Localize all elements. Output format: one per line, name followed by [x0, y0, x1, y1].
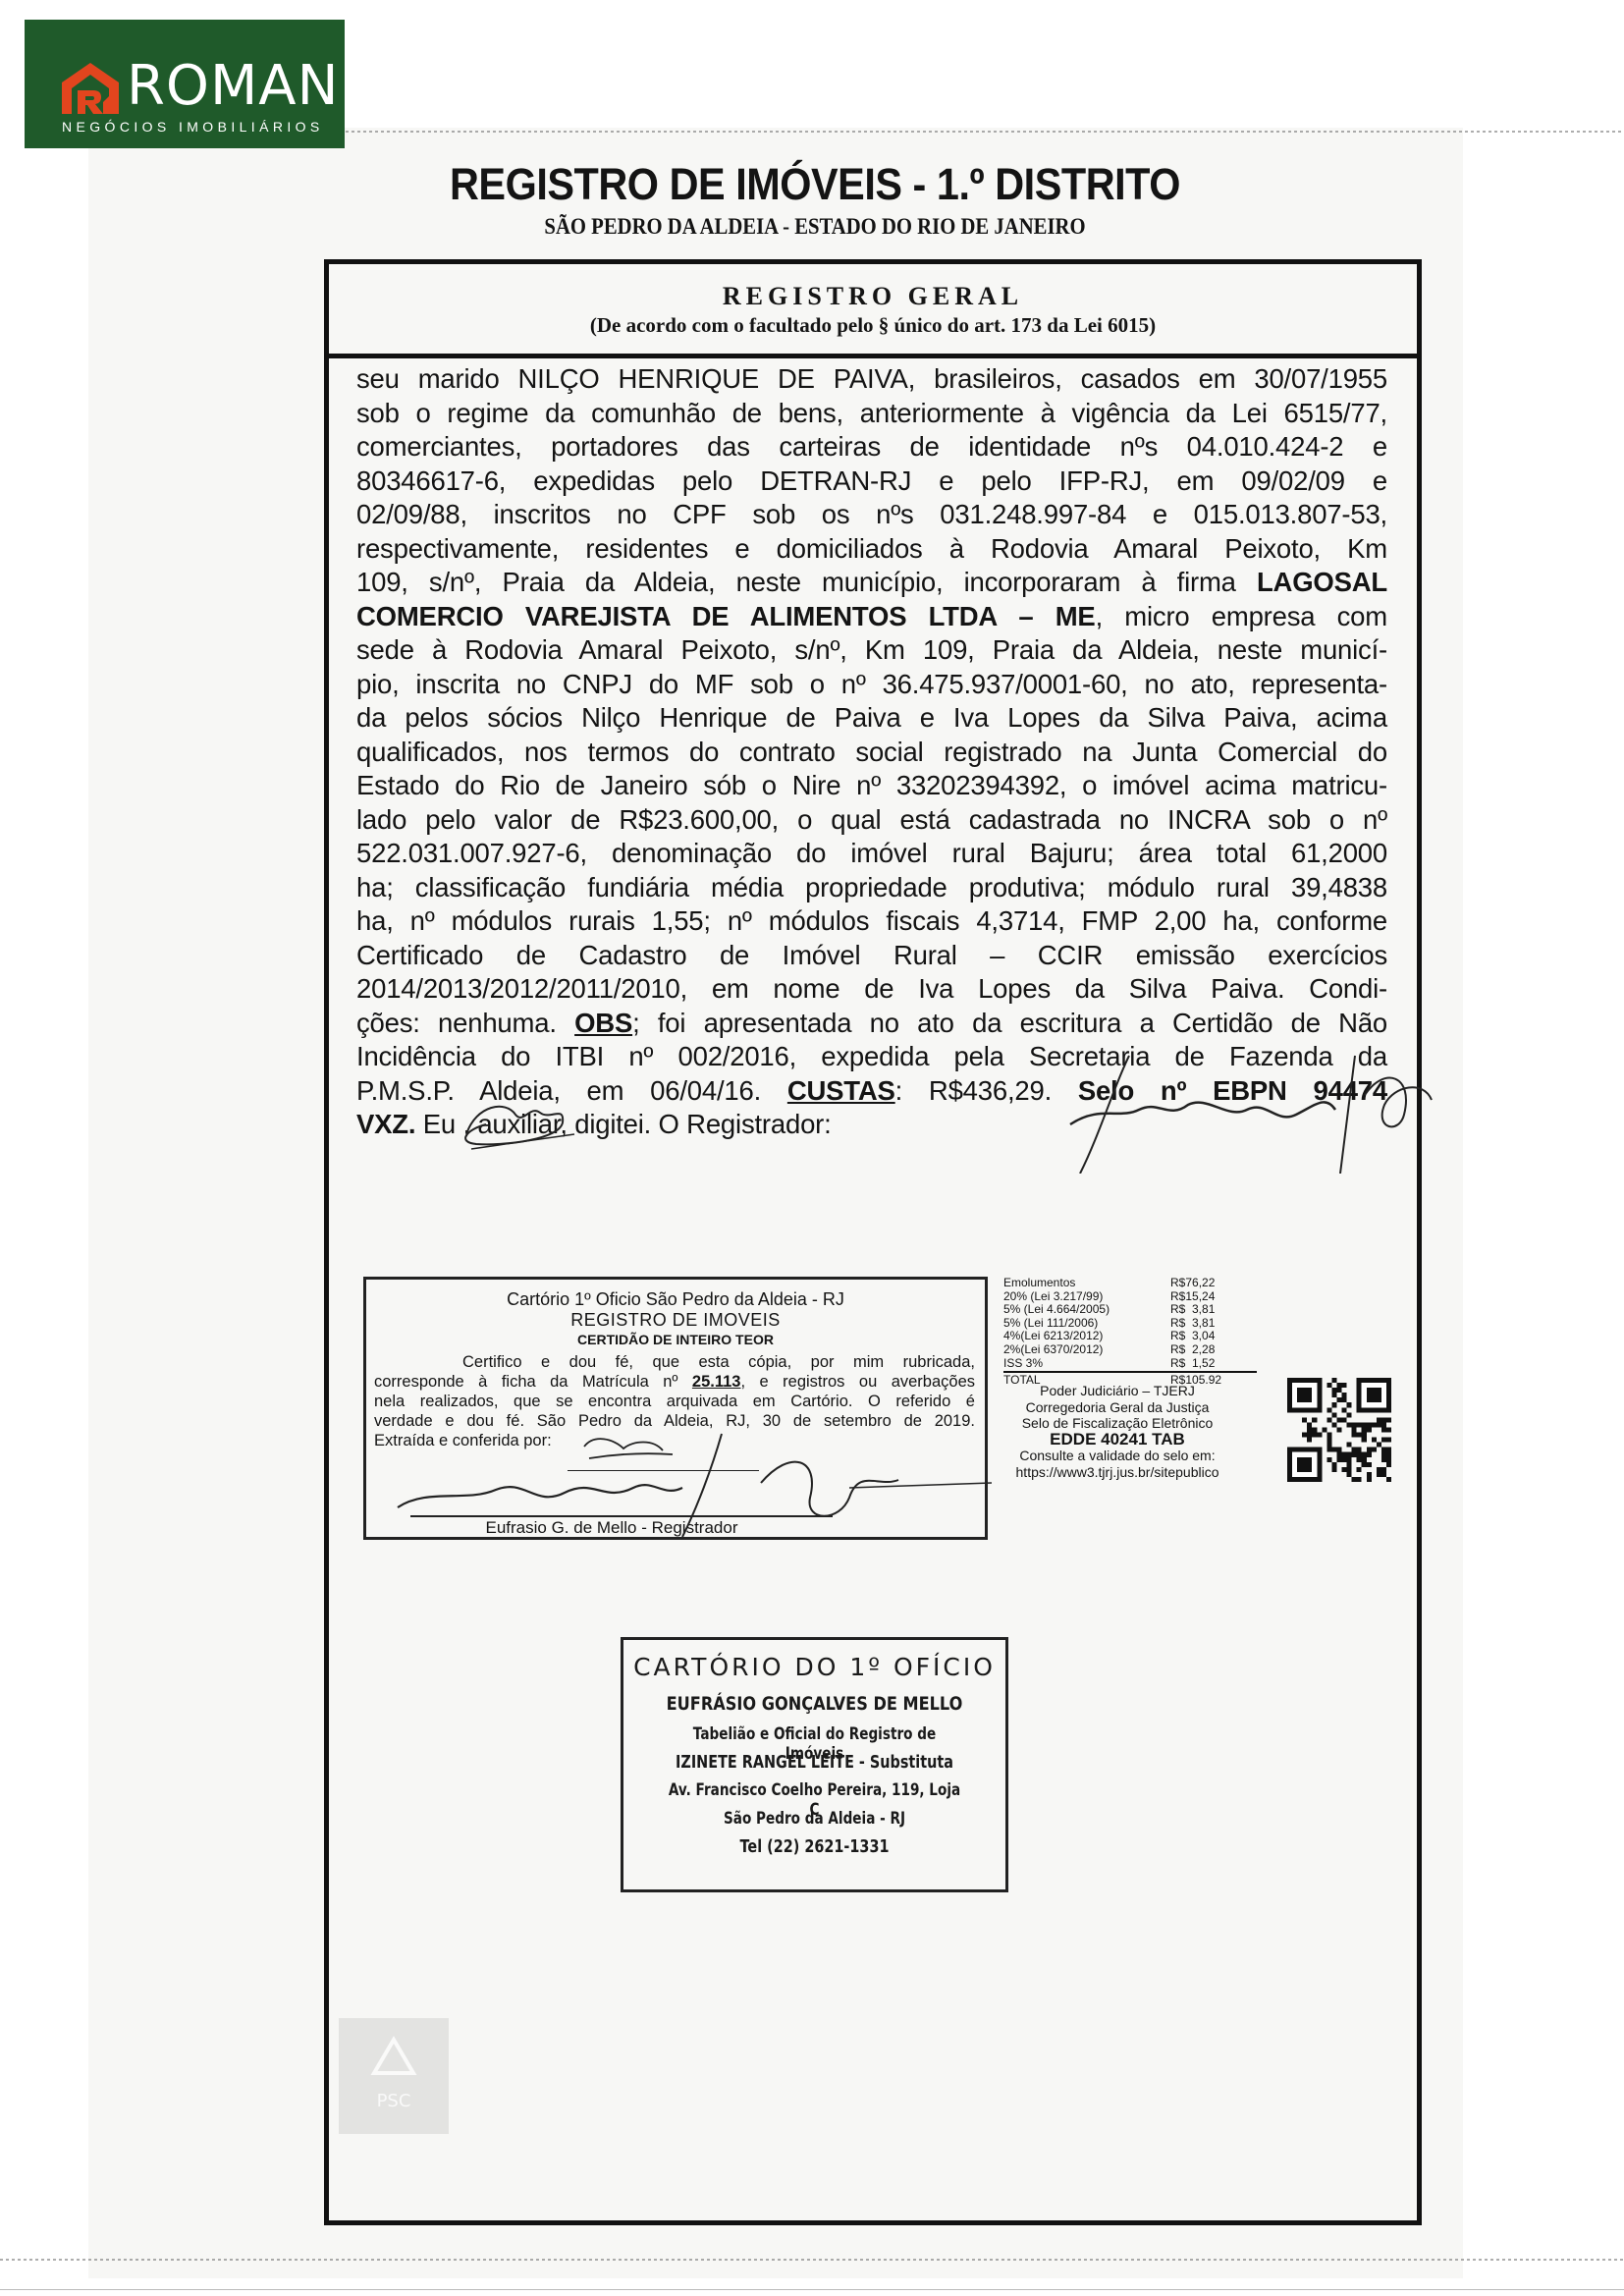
body-text-segment: comerciantes, portadores das carteiras d…: [356, 431, 1387, 462]
body-text-segment: Certificado de Cadastro de Imóvel Rural …: [356, 940, 1387, 970]
document-subtitle: SÃO PEDRO DA ALDEIA - ESTADO DO RIO DE J…: [373, 214, 1257, 240]
body-line: sob o regime da comunhão de bens, anteri…: [356, 397, 1387, 431]
body-text-segment: Incidência do ITBI nº 002/2016, expedida…: [356, 1041, 1387, 1071]
body-text-segment: ções: nenhuma.: [356, 1008, 574, 1038]
body-text-segment: 109, s/nº, Praia da Aldeia, neste municí…: [356, 567, 1257, 597]
certificate-type: CERTIDÃO DE INTEIRO TEOR: [366, 1332, 985, 1347]
body-text-segment: ha; classificação fundiária média propri…: [356, 872, 1387, 902]
fees-table: EmolumentosR$76,2220% (Lei 3.217/99)R$15…: [1003, 1277, 1239, 1388]
fee-row: 20% (Lei 3.217/99)R$15,24: [1003, 1290, 1239, 1304]
fee-label: 5% (Lei 4.664/2005): [1003, 1303, 1170, 1317]
body-line: sede à Rodovia Amaral Peixoto, s/nº, Km …: [356, 633, 1387, 668]
body-text-segment: Estado do Rio de Janeiro sób o Nire nº 3…: [356, 770, 1387, 800]
body-line: 109, s/nº, Praia da Aldeia, neste municí…: [356, 566, 1387, 600]
body-line: ha, nº módulos rurais 1,55; nº módulos f…: [356, 904, 1387, 939]
fee-row: 5% (Lei 4.664/2005)R$ 3,81: [1003, 1303, 1239, 1317]
fee-row: ISS 3%R$ 1,52: [1003, 1357, 1239, 1371]
body-text-segment: pio, inscrita no CNPJ do MF sob o nº 36.…: [356, 669, 1387, 699]
certificate-body-line: corresponde à ficha da Matrícula nº 25.1…: [374, 1372, 975, 1392]
certificate-body-line: nela realizados, que se encontra arquiva…: [374, 1392, 975, 1411]
body-line: ha; classificação fundiária média propri…: [356, 871, 1387, 905]
body-text-segment: , micro empresa com: [1096, 601, 1387, 631]
fee-label: 5% (Lei 111/2006): [1003, 1317, 1170, 1331]
body-line: 80346617-6, expedidas pelo DETRAN-RJ e p…: [356, 465, 1387, 499]
body-text-segment: , auxiliar, digitei. O Registrador:: [456, 1109, 832, 1139]
qr-code-icon[interactable]: [1286, 1378, 1392, 1482]
registrar-signature-line: [410, 1515, 833, 1517]
extraction-signature-line: [568, 1470, 759, 1471]
body-text-segment: qualificados, nos termos do contrato soc…: [356, 737, 1387, 767]
body-line: Estado do Rio de Janeiro sób o Nire nº 3…: [356, 769, 1387, 803]
body-line: respectivamente, residentes e domiciliad…: [356, 532, 1387, 567]
recycle-watermark: PSC: [339, 2018, 449, 2134]
brand-tagline: NEGÓCIOS IMOBILIÁRIOS: [62, 119, 324, 135]
body-line: qualificados, nos termos do contrato soc…: [356, 736, 1387, 770]
brand-name: ROMAN: [127, 57, 340, 116]
electronic-seal-info: Poder Judiciário – TJERJ Corregedoria Ge…: [990, 1383, 1245, 1480]
certificate-body-line: verdade e dou fé. São Pedro da Aldeia, R…: [374, 1411, 975, 1431]
scan-edge-line: [0, 2289, 1624, 2290]
certificate-body-line: Extraída e conferida por:: [374, 1431, 975, 1450]
register-heading: REGISTRO GERAL: [329, 282, 1417, 311]
body-line: P.M.S.P. Aldeia, em 06/04/16. CUSTAS: R$…: [356, 1074, 1387, 1109]
body-text-segment: sede à Rodovia Amaral Peixoto, s/nº, Km …: [356, 634, 1387, 665]
body-text-segment: VXZ.: [356, 1109, 415, 1139]
seal-validation-text: Consulte a validade do selo em:: [990, 1448, 1245, 1464]
body-text-segment: Eu: [415, 1109, 456, 1139]
seal-authority: Poder Judiciário – TJERJ: [990, 1383, 1245, 1399]
body-text-segment: LAGOSAL: [1257, 567, 1387, 597]
roman-logo: ROMAN NEGÓCIOS IMOBILIÁRIOS: [25, 20, 345, 148]
body-line: ções: nenhuma. OBS; foi apresentada no a…: [356, 1007, 1387, 1041]
body-text-segment: 02/09/88, inscritos no CPF sob os nºs 03…: [356, 499, 1387, 529]
body-text-segment: : R$436,29.: [895, 1075, 1078, 1106]
body-text-segment: COMERCIO VAREJISTA DE ALIMENTOS LTDA – M…: [356, 601, 1096, 631]
register-box-header: REGISTRO GERAL (De acordo com o facultad…: [329, 264, 1417, 358]
fee-value: R$ 3,81: [1170, 1317, 1239, 1331]
fee-label: ISS 3%: [1003, 1357, 1170, 1371]
body-line: 02/09/88, inscritos no CPF sob os nºs 03…: [356, 498, 1387, 532]
seal-department: Corregedoria Geral da Justiça: [990, 1399, 1245, 1416]
fee-row: 2%(Lei 6370/2012)R$ 2,28: [1003, 1343, 1239, 1357]
fee-value: R$ 3,81: [1170, 1303, 1239, 1317]
house-r-logo-icon: [60, 61, 121, 116]
fee-row: 5% (Lei 111/2006)R$ 3,81: [1003, 1317, 1239, 1331]
fee-value: R$15,24: [1170, 1290, 1239, 1304]
body-text-segment: respectivamente, residentes e domiciliad…: [356, 533, 1387, 564]
registrar-name: Eufrasio G. de Mello - Registrador: [366, 1518, 857, 1538]
certificate-body-line: Certifico e dou fé, que esta cópia, por …: [374, 1352, 975, 1372]
certificate-text: , e registros ou averbações: [740, 1373, 975, 1391]
body-line: 522.031.007.927-6, denominação do imóvel…: [356, 837, 1387, 871]
fee-value: R$ 2,28: [1170, 1343, 1239, 1357]
body-line: lado pelo valor de R$23.600,00, o qual e…: [356, 803, 1387, 838]
fee-row: 4%(Lei 6213/2012)R$ 3,04: [1003, 1330, 1239, 1343]
body-text-segment: 522.031.007.927-6, denominação do imóvel…: [356, 838, 1387, 868]
certificate-box: Cartório 1º Oficio São Pedro da Aldeia -…: [363, 1277, 988, 1540]
body-text-segment: ; foi apresentada no ato da escritura a …: [632, 1008, 1387, 1038]
stamp-city: São Pedro da Aldeia - RJ: [662, 1809, 967, 1829]
seal-validation-url[interactable]: https://www3.tjrj.jus.br/sitepublico: [990, 1464, 1245, 1481]
body-line: 2014/2013/2012/2011/2010, em nome de Iva…: [356, 972, 1387, 1007]
fee-label: 4%(Lei 6213/2012): [1003, 1330, 1170, 1343]
scan-dotted-line: [0, 2259, 1624, 2261]
fee-label: Emolumentos: [1003, 1277, 1170, 1290]
fee-value: R$ 3,04: [1170, 1330, 1239, 1343]
certificate-department: REGISTRO DE IMOVEIS: [366, 1310, 985, 1331]
seal-code: EDDE 40241 TAB: [990, 1432, 1245, 1449]
body-text-segment: 2014/2013/2012/2011/2010, em nome de Iva…: [356, 973, 1387, 1004]
scan-dotted-line: [346, 131, 1622, 133]
body-line: comerciantes, portadores das carteiras d…: [356, 430, 1387, 465]
certificate-office: Cartório 1º Oficio São Pedro da Aldeia -…: [366, 1289, 985, 1310]
fee-value: R$ 1,52: [1170, 1357, 1239, 1371]
stamp-notary-name: EUFRÁSIO GONÇALVES DE MELLO: [652, 1693, 977, 1715]
body-text-segment: sob o regime da comunhão de bens, anteri…: [356, 398, 1387, 428]
office-stamp: CARTÓRIO DO 1º OFÍCIO EUFRÁSIO GONÇALVES…: [621, 1637, 1008, 1892]
register-body-text: seu marido NILÇO HENRIQUE DE PAIVA, bras…: [356, 362, 1387, 1142]
body-line: da pelos sócios Nilço Henrique de Paiva …: [356, 701, 1387, 736]
body-text-segment: 80346617-6, expedidas pelo DETRAN-RJ e p…: [356, 465, 1387, 496]
body-text-segment: CUSTAS: [787, 1075, 895, 1106]
body-text-segment: ha, nº módulos rurais 1,55; nº módulos f…: [356, 905, 1387, 936]
body-line: Certificado de Cadastro de Imóvel Rural …: [356, 939, 1387, 973]
matricula-number: 25.113: [692, 1373, 741, 1391]
certificate-text: corresponde à ficha da Matrícula nº: [374, 1373, 692, 1391]
body-text-segment: OBS: [574, 1008, 632, 1038]
document-title: REGISTRO DE IMÓVEIS - 1.º DISTRITO: [363, 159, 1267, 210]
body-text-segment: da pelos sócios Nilço Henrique de Paiva …: [356, 702, 1387, 733]
fee-label: 20% (Lei 3.217/99): [1003, 1290, 1170, 1304]
stamp-phone: Tel (22) 2621-1331: [662, 1836, 967, 1857]
svg-text:PSC: PSC: [377, 2091, 411, 2111]
fee-row: EmolumentosR$76,22: [1003, 1277, 1239, 1290]
register-subheading: (De acordo com o facultado pelo § único …: [329, 313, 1417, 338]
recycle-icon: PSC: [339, 2018, 449, 2134]
body-text-segment: seu marido NILÇO HENRIQUE DE PAIVA, bras…: [356, 363, 1387, 394]
fee-value: R$76,22: [1170, 1277, 1239, 1290]
body-line: Incidência do ITBI nº 002/2016, expedida…: [356, 1040, 1387, 1074]
stamp-substitute: IZINETE RANGEL LEITE - Substituta: [662, 1752, 967, 1773]
body-line: COMERCIO VAREJISTA DE ALIMENTOS LTDA – M…: [356, 600, 1387, 634]
certificate-body: Certifico e dou fé, que esta cópia, por …: [374, 1352, 975, 1450]
fee-label: 2%(Lei 6370/2012): [1003, 1343, 1170, 1357]
body-line: pio, inscrita no CNPJ do MF sob o nº 36.…: [356, 668, 1387, 702]
body-text-segment: P.M.S.P. Aldeia, em 06/04/16.: [356, 1075, 787, 1106]
body-line: VXZ. Eu , auxiliar, digitei. O Registrad…: [356, 1108, 1387, 1142]
body-text-segment: Selo nº EBPN 94474: [1078, 1075, 1387, 1106]
body-text-segment: lado pelo valor de R$23.600,00, o qual e…: [356, 804, 1387, 835]
stamp-office: CARTÓRIO DO 1º OFÍCIO: [623, 1653, 1005, 1681]
body-line: seu marido NILÇO HENRIQUE DE PAIVA, bras…: [356, 362, 1387, 397]
register-box: REGISTRO GERAL (De acordo com o facultad…: [324, 259, 1422, 2225]
